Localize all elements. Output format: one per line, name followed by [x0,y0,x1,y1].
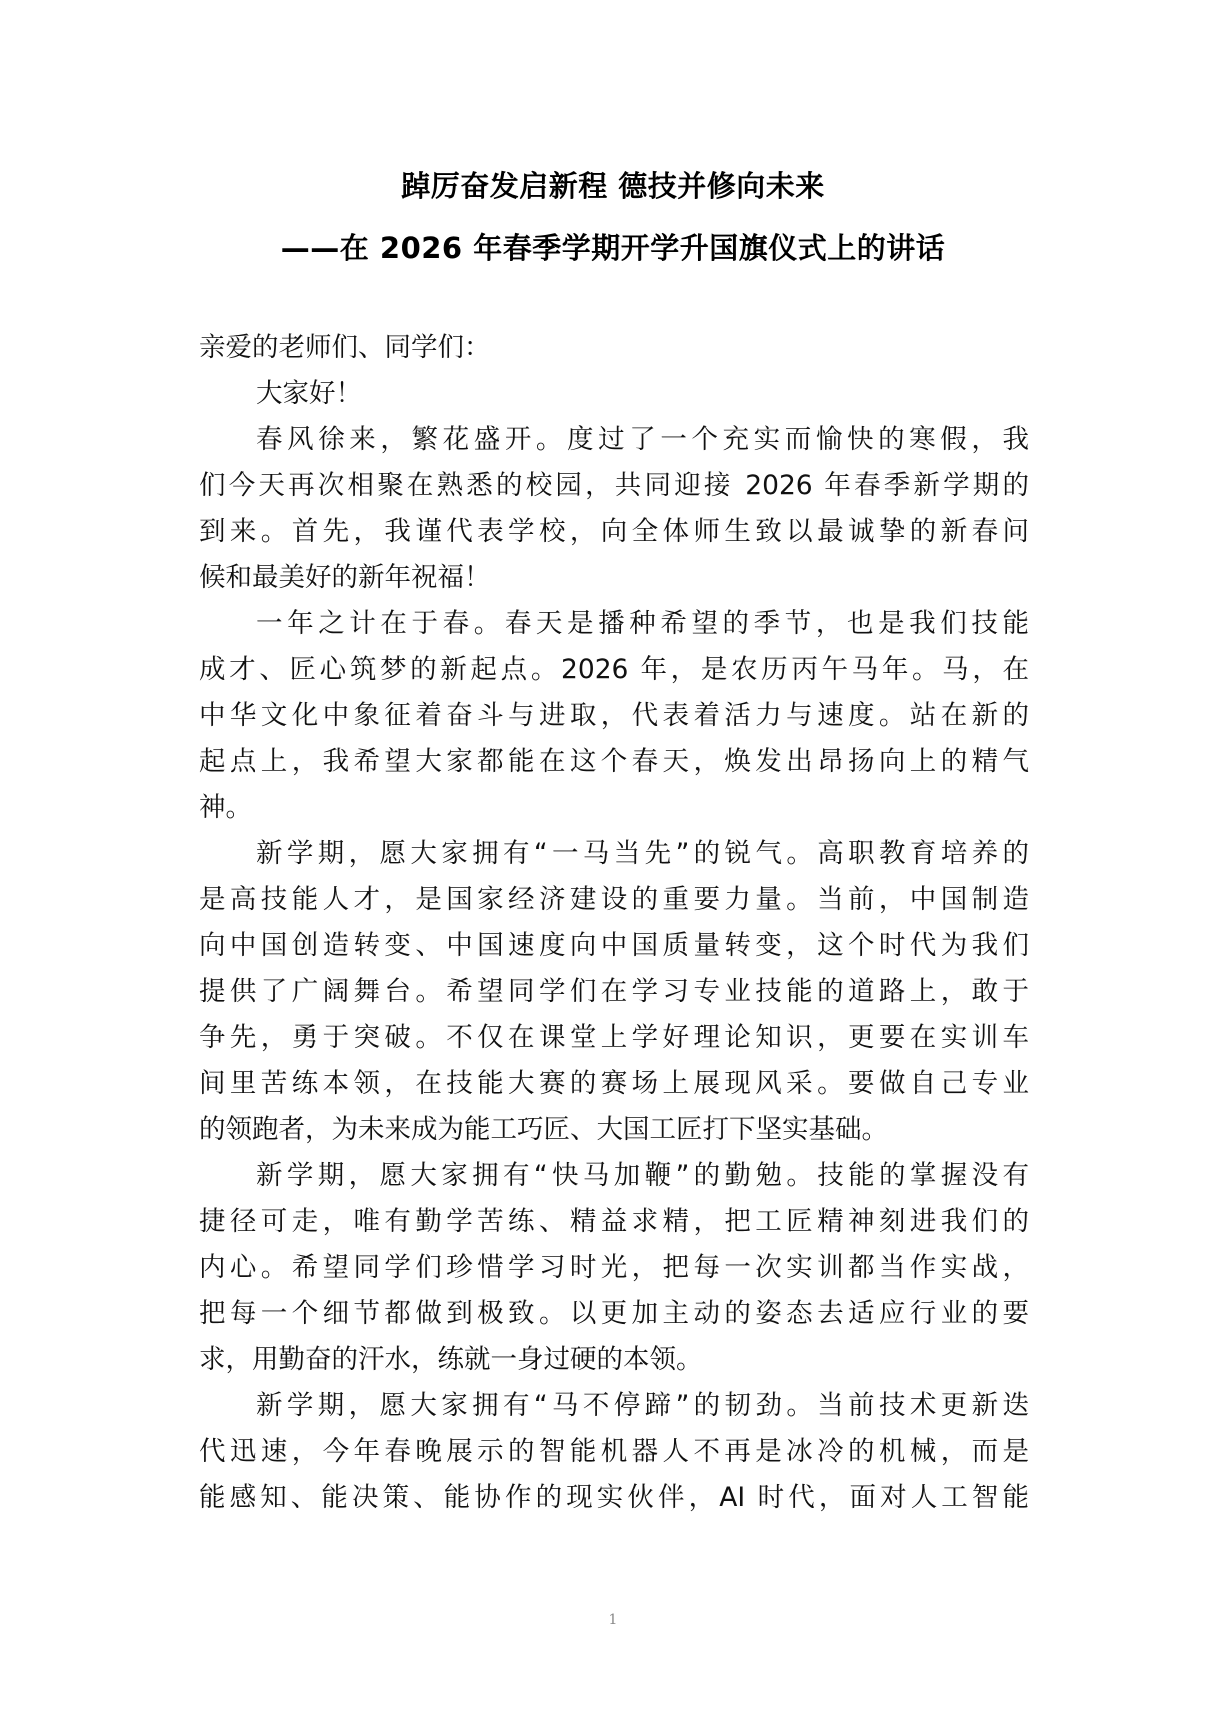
text-line: 们今天再次相聚在熟悉的校园，共同迎接 2026 年春季新学期的 [199,463,1029,509]
text-line: 神。 [199,785,1029,831]
text-line: 间里苦练本领，在技能大赛的赛场上展现风采。要做自己专业 [199,1061,1029,1107]
text-line: 新学期，愿大家拥有“马不停蹄”的韧劲。当前技术更新迭 [199,1383,1029,1429]
text-line: 一年之计在于春。春天是播种希望的季节，也是我们技能 [199,601,1029,647]
text-line: 春风徐来，繁花盛开。度过了一个充实而愉快的寒假，我 [199,417,1029,463]
text-line: 的领跑者，为未来成为能工巧匠、大国工匠打下坚实基础。 [199,1107,1029,1153]
text-line: 起点上，我希望大家都能在这个春天，焕发出昂扬向上的精气 [199,739,1029,785]
text-line: 到来。首先，我谨代表学校，向全体师生致以最诚挚的新春问 [199,509,1029,555]
text-line: 能感知、能决策、能协作的现实伙伴，AI 时代，面对人工智能 [199,1475,1029,1521]
text-line: 捷径可走，唯有勤学苦练、精益求精，把工匠精神刻进我们的 [199,1199,1029,1245]
text-line: 争先，勇于突破。不仅在课堂上学好理论知识，更要在实训车 [199,1015,1029,1061]
text-line: 大家好！ [199,371,1029,417]
text-line: 代迅速，今年春晚展示的智能机器人不再是冰冷的机械，而是 [199,1429,1029,1475]
text-line: 候和最美好的新年祝福！ [199,555,1029,601]
text-line: 新学期，愿大家拥有“一马当先”的锐气。高职教育培养的 [199,831,1029,877]
text-line: 成才、匠心筑梦的新起点。2026 年，是农历丙午马年。马，在 [199,647,1029,693]
text-line: 提供了广阔舞台。希望同学们在学习专业技能的道路上，敢于 [199,969,1029,1015]
document-title: 踔厉奋发启新程 德技并修向未来 [0,164,1226,205]
text-line: 把每一个细节都做到极致。以更加主动的姿态去适应行业的要 [199,1291,1029,1337]
text-line: 新学期，愿大家拥有“快马加鞭”的勤勉。技能的掌握没有 [199,1153,1029,1199]
text-line: 亲爱的老师们、同学们： [199,325,1029,371]
text-line: 向中国创造转变、中国速度向中国质量转变，这个时代为我们 [199,923,1029,969]
text-line: 中华文化中象征着奋斗与进取，代表着活力与速度。站在新的 [199,693,1029,739]
text-line: 内心。希望同学们珍惜学习时光，把每一次实训都当作实战， [199,1245,1029,1291]
page-number: 1 [0,1612,1226,1628]
document-page: 踔厉奋发启新程 德技并修向未来 ——在 2026 年春季学期开学升国旗仪式上的讲… [0,0,1226,1719]
document-body: 亲爱的老师们、同学们：大家好！春风徐来，繁花盛开。度过了一个充实而愉快的寒假，我… [199,325,1029,1521]
text-line: 是高技能人才，是国家经济建设的重要力量。当前，中国制造 [199,877,1029,923]
document-subtitle: ——在 2026 年春季学期开学升国旗仪式上的讲话 [0,226,1226,267]
text-line: 求，用勤奋的汗水，练就一身过硬的本领。 [199,1337,1029,1383]
